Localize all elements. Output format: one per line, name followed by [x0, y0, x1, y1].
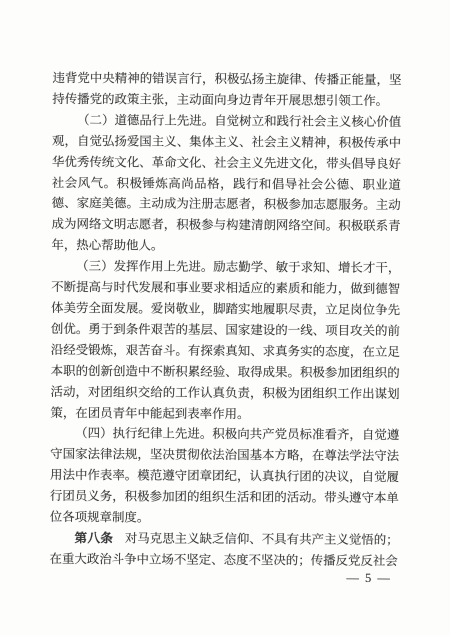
paragraph-continuation: 违背党中央精神的错误言行，积极弘扬主旋律、传播正能量，坚持传播党的政策主张，主动… [52, 68, 401, 112]
document-body-text: 违背党中央精神的错误言行，积极弘扬主旋律、传播正能量，坚持传播党的政策主张，主动… [49, 68, 401, 572]
article-8-label: 第八条 [75, 531, 114, 545]
scan-layer: 违背党中央精神的错误言行，积极弘扬主旋律、传播正能量，坚持传播党的政策主张，主动… [0, 0, 450, 636]
scan-speck [390, 453, 391, 455]
paragraph-item-4-discipline: （四）执行纪律上先进。积极向共产党员标准看齐，自觉遵守国家法律法规，坚决贯彻依法… [50, 423, 400, 530]
paragraph-item-3-role-model: （三）发挥作用上先进。励志勤学、敏于求知、增长才干，不断提高与时代发展和事业要求… [50, 256, 400, 425]
paragraph-article-8: 第八条对马克思主义缺乏信仰、不具有共产主义觉悟的；在重大政治斗争中立场不坚定、态… [49, 528, 398, 572]
page-number: — 5 — [346, 571, 391, 586]
scanned-document-page: 违背党中央精神的错误言行，积极弘扬主旋律、传播正能量，坚持传播党的政策主张，主动… [0, 0, 450, 636]
paragraph-item-2-moral-conduct: （二）道德品行上先进。自觉树立和践行社会主义核心价值观，自觉弘扬爱国主义、集体主… [51, 110, 401, 258]
scan-speck [395, 331, 397, 332]
scan-speck [393, 161, 395, 163]
